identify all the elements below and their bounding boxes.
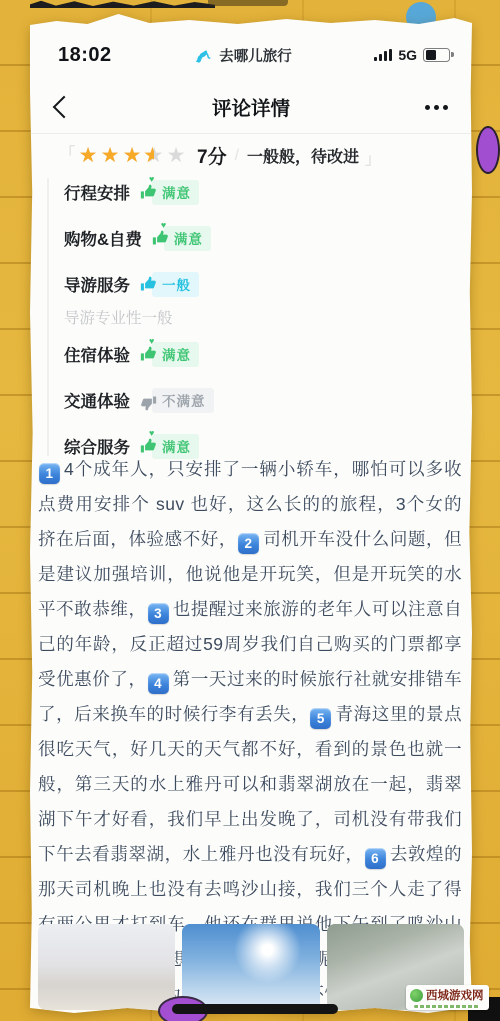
category-label: 行程安排: [64, 180, 130, 204]
thumb-up-icon: [140, 276, 157, 293]
clock-time: 18:02: [58, 44, 112, 67]
category-note: 导游专业性一般: [64, 306, 452, 328]
heart-icon: ♥: [161, 220, 166, 230]
satisfaction-badge: ♥满意: [140, 342, 199, 367]
category-row: 行程安排♥满意: [64, 180, 452, 204]
qunar-camel-logo-icon: [194, 47, 213, 63]
star-icon: ★★: [99, 144, 121, 168]
numbered-point-badge: 2: [238, 533, 259, 554]
category-row: 购物&自费♥满意: [64, 226, 452, 250]
heart-icon: ♥: [149, 336, 154, 346]
overall-rating: 「 ★★★★★★★★★★ 7分 / 一般般，待改进 」: [60, 142, 454, 169]
network-type-label: 5G: [398, 47, 417, 63]
numbered-point-badge: 4: [148, 673, 169, 694]
black-bar-decoration: [172, 1004, 338, 1014]
satisfaction-badge: 一般: [140, 272, 199, 297]
category-label: 交通体验: [64, 388, 130, 412]
category-label: 购物&自费: [64, 226, 142, 250]
heart-icon: ♥: [149, 174, 154, 184]
star-icon: ★★: [143, 144, 165, 168]
watermark-site-name: 西城游戏网: [426, 987, 484, 1003]
site-watermark: 西城游戏网: [406, 985, 489, 1010]
watermark-logo-icon: [410, 989, 423, 1002]
quote-bracket: 」: [365, 148, 380, 169]
satisfaction-label: 满意: [152, 342, 199, 367]
watermark-url-line: [414, 1005, 480, 1009]
review-photos: [38, 924, 464, 1010]
satisfaction-badge: ♥满意: [152, 226, 211, 251]
rating-score: 7分: [197, 142, 227, 169]
review-photo[interactable]: [38, 924, 175, 1010]
star-icon: ★★: [77, 144, 99, 168]
thumb-up-icon: [152, 230, 169, 247]
numbered-point-badge: 5: [310, 708, 331, 729]
nav-bar: 评论详情: [50, 84, 452, 130]
star-icon: ★★: [121, 144, 143, 168]
thumb-up-icon: [140, 346, 157, 363]
satisfaction-label: 一般: [152, 272, 199, 297]
divider: [30, 133, 472, 134]
thumb-down-icon: [140, 394, 157, 411]
star-rating: ★★★★★★★★★★: [77, 144, 187, 168]
divider: [47, 178, 49, 456]
signal-bars-icon: [374, 49, 392, 61]
screenshot-paper: 18:02 去哪儿旅行 5G 评论详情 「 ★★★★★★★★★★ 7: [0, 0, 500, 1021]
battery-fill: [426, 50, 437, 60]
rating-divider: /: [235, 147, 239, 165]
review-photo[interactable]: [182, 924, 319, 1010]
numbered-point-badge: 1: [39, 463, 60, 484]
heart-icon: ♥: [149, 428, 154, 438]
category-row: 住宿体验♥满意: [64, 342, 452, 366]
category-row: 导游服务一般: [64, 272, 452, 296]
purple-blob-decoration: [476, 126, 500, 174]
satisfaction-label: 不满意: [152, 388, 214, 413]
status-bar: 18:02 去哪儿旅行 5G: [58, 38, 450, 72]
category-ratings: 行程安排♥满意购物&自费♥满意导游服务一般导游专业性一般住宿体验♥满意交通体验不…: [64, 180, 452, 480]
page-title: 评论详情: [50, 93, 452, 121]
app-name-label: 去哪儿旅行: [219, 45, 292, 66]
category-label: 导游服务: [64, 272, 130, 296]
quote-bracket: 「: [60, 142, 75, 163]
numbered-point-badge: 3: [148, 603, 169, 624]
rating-verdict: 一般般，待改进: [247, 144, 359, 167]
satisfaction-label: 满意: [164, 226, 211, 251]
more-options-button[interactable]: [425, 105, 448, 110]
thumb-up-icon: [140, 438, 157, 455]
satisfaction-badge: 不满意: [140, 388, 214, 413]
numbered-point-badge: 6: [365, 848, 386, 869]
category-label: 住宿体验: [64, 342, 130, 366]
satisfaction-label: 满意: [152, 180, 199, 205]
battery-icon: [423, 48, 450, 63]
thumb-up-icon: [140, 184, 157, 201]
category-row: 交通体验不满意: [64, 388, 452, 412]
star-icon: ★★: [165, 144, 187, 168]
satisfaction-badge: ♥满意: [140, 180, 199, 205]
